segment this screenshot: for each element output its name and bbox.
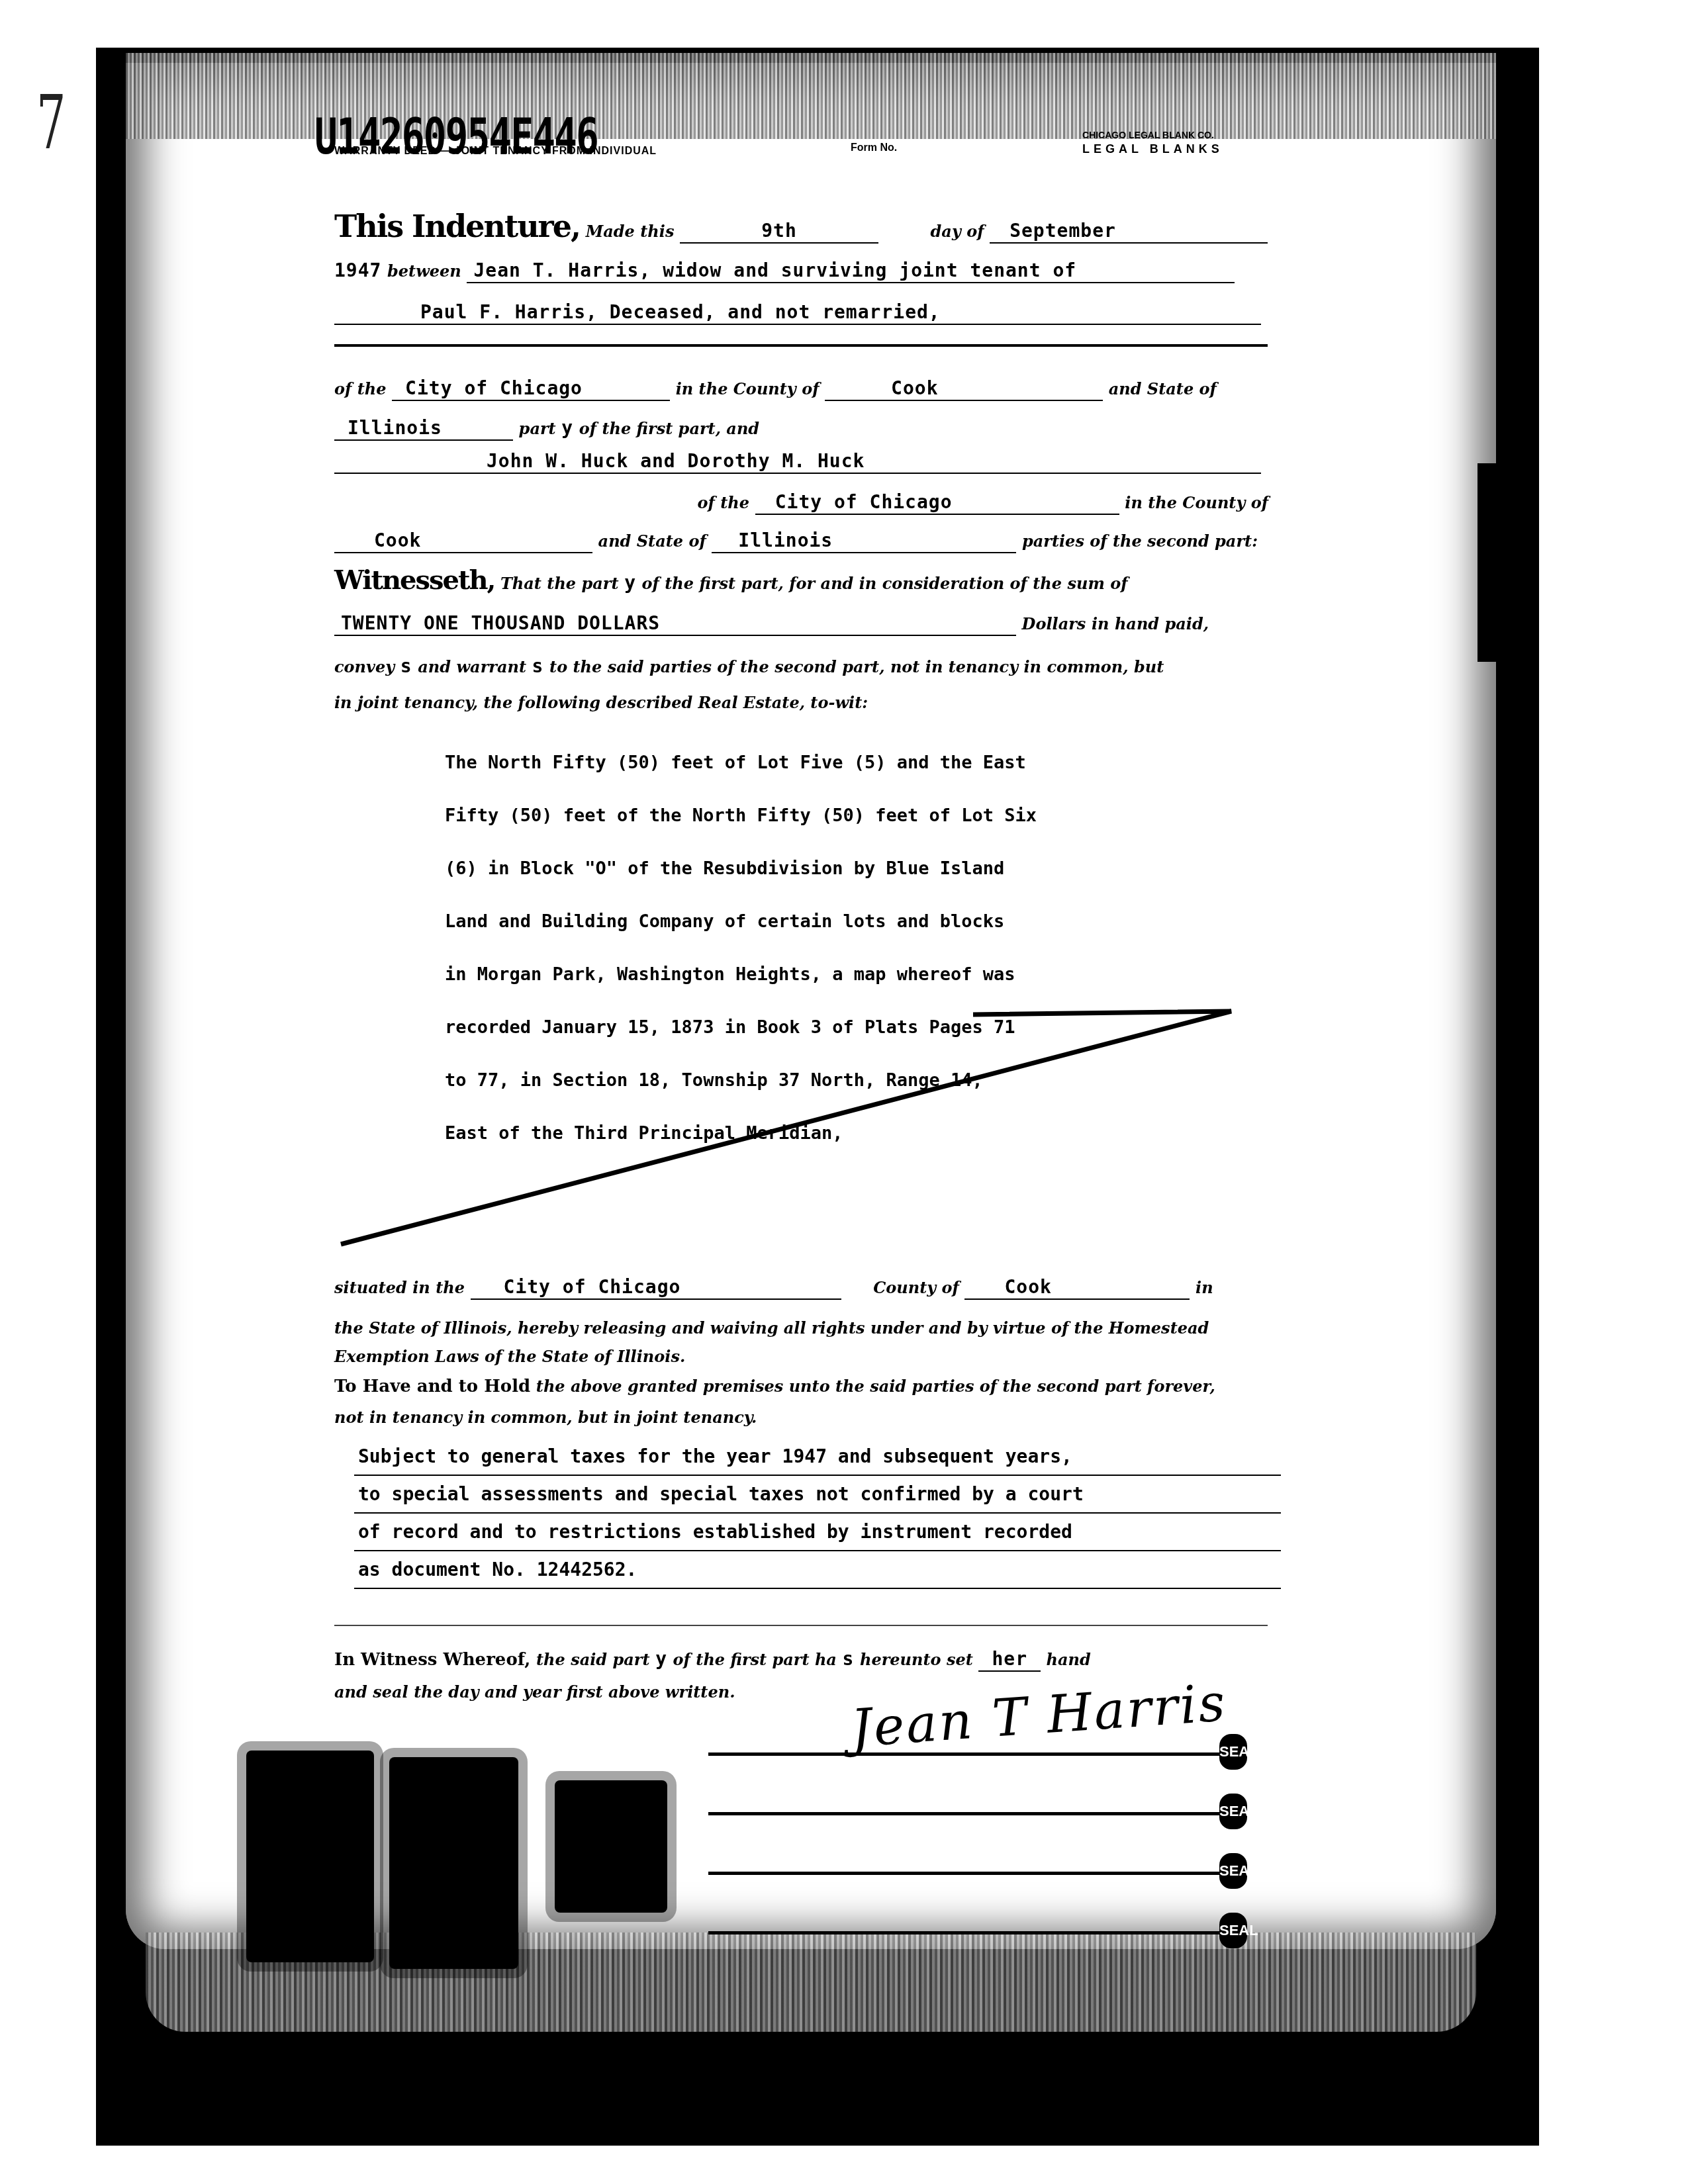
divider-rule-2 <box>334 1625 1268 1626</box>
subject-line: as document No. 12442562. <box>354 1551 1281 1589</box>
situated-label: situated in the <box>334 1278 465 1297</box>
testimonium-line-1: In Witness Whereof, the said part y of t… <box>334 1648 1268 1672</box>
seal-3: SEAL <box>1219 1853 1247 1889</box>
signature-line-4 <box>708 1931 1225 1934</box>
subject-line: to special assessments and special taxes… <box>354 1476 1281 1514</box>
signature-line-1 <box>708 1752 1225 1756</box>
situated-county: Cook <box>964 1276 1190 1300</box>
subject-line: of record and to restrictions establishe… <box>354 1514 1281 1551</box>
testimonium-pronoun: her <box>978 1648 1041 1672</box>
habendum-text-1: the above granted premises unto the said… <box>536 1377 1215 1396</box>
seal-4: SEAL <box>1219 1913 1247 1948</box>
homestead-line-2: Exemption Laws of the State of Illinois. <box>334 1345 1268 1368</box>
redacted-block-1 <box>246 1751 374 1962</box>
testimonium-has-suffix: s <box>843 1648 855 1670</box>
homestead-line-1: the State of Illinois, hereby releasing … <box>334 1317 1268 1340</box>
subject-to-clause: Subject to general taxes for the year 19… <box>354 1438 1281 1589</box>
homestead-text-2: Exemption Laws of the State of Illinois. <box>334 1347 685 1366</box>
seal-1: SEAL <box>1219 1734 1247 1770</box>
redacted-block-2 <box>389 1757 518 1969</box>
testimonium-text-4: hand <box>1047 1650 1091 1669</box>
situated-in-label: in <box>1196 1278 1213 1297</box>
testimonium-text-2: of the first part ha <box>673 1650 837 1669</box>
homestead-text-1: the State of Illinois, hereby releasing … <box>334 1318 1209 1338</box>
testimonium-heading: In Witness Whereof, <box>334 1650 530 1670</box>
habendum-text-2: not in tenancy in common, but in joint t… <box>334 1408 757 1427</box>
testimonium-text-6: the day and year first above written. <box>414 1682 735 1702</box>
signature-line-2 <box>708 1812 1225 1815</box>
redacted-block-3 <box>555 1780 667 1913</box>
testimonium-party-suffix: y <box>655 1648 667 1670</box>
situated-county-label: County of <box>873 1278 959 1297</box>
situated-line: situated in the City of Chicago County o… <box>334 1276 1268 1300</box>
testimonium-text-1: the said part <box>536 1650 650 1669</box>
testimonium-text-3: hereunto set <box>860 1650 973 1669</box>
habendum-heading: To Have and to Hold <box>334 1377 530 1396</box>
signature-line-3 <box>708 1872 1225 1875</box>
habendum-line-1: To Have and to Hold the above granted pr… <box>334 1375 1268 1398</box>
situated-city: City of Chicago <box>471 1276 841 1300</box>
subject-line: Subject to general taxes for the year 19… <box>354 1438 1281 1476</box>
habendum-line-2: not in tenancy in common, but in joint t… <box>334 1406 1268 1429</box>
seal-2: SEAL <box>1219 1794 1247 1829</box>
testimonium-text-5: and seal <box>334 1682 408 1702</box>
